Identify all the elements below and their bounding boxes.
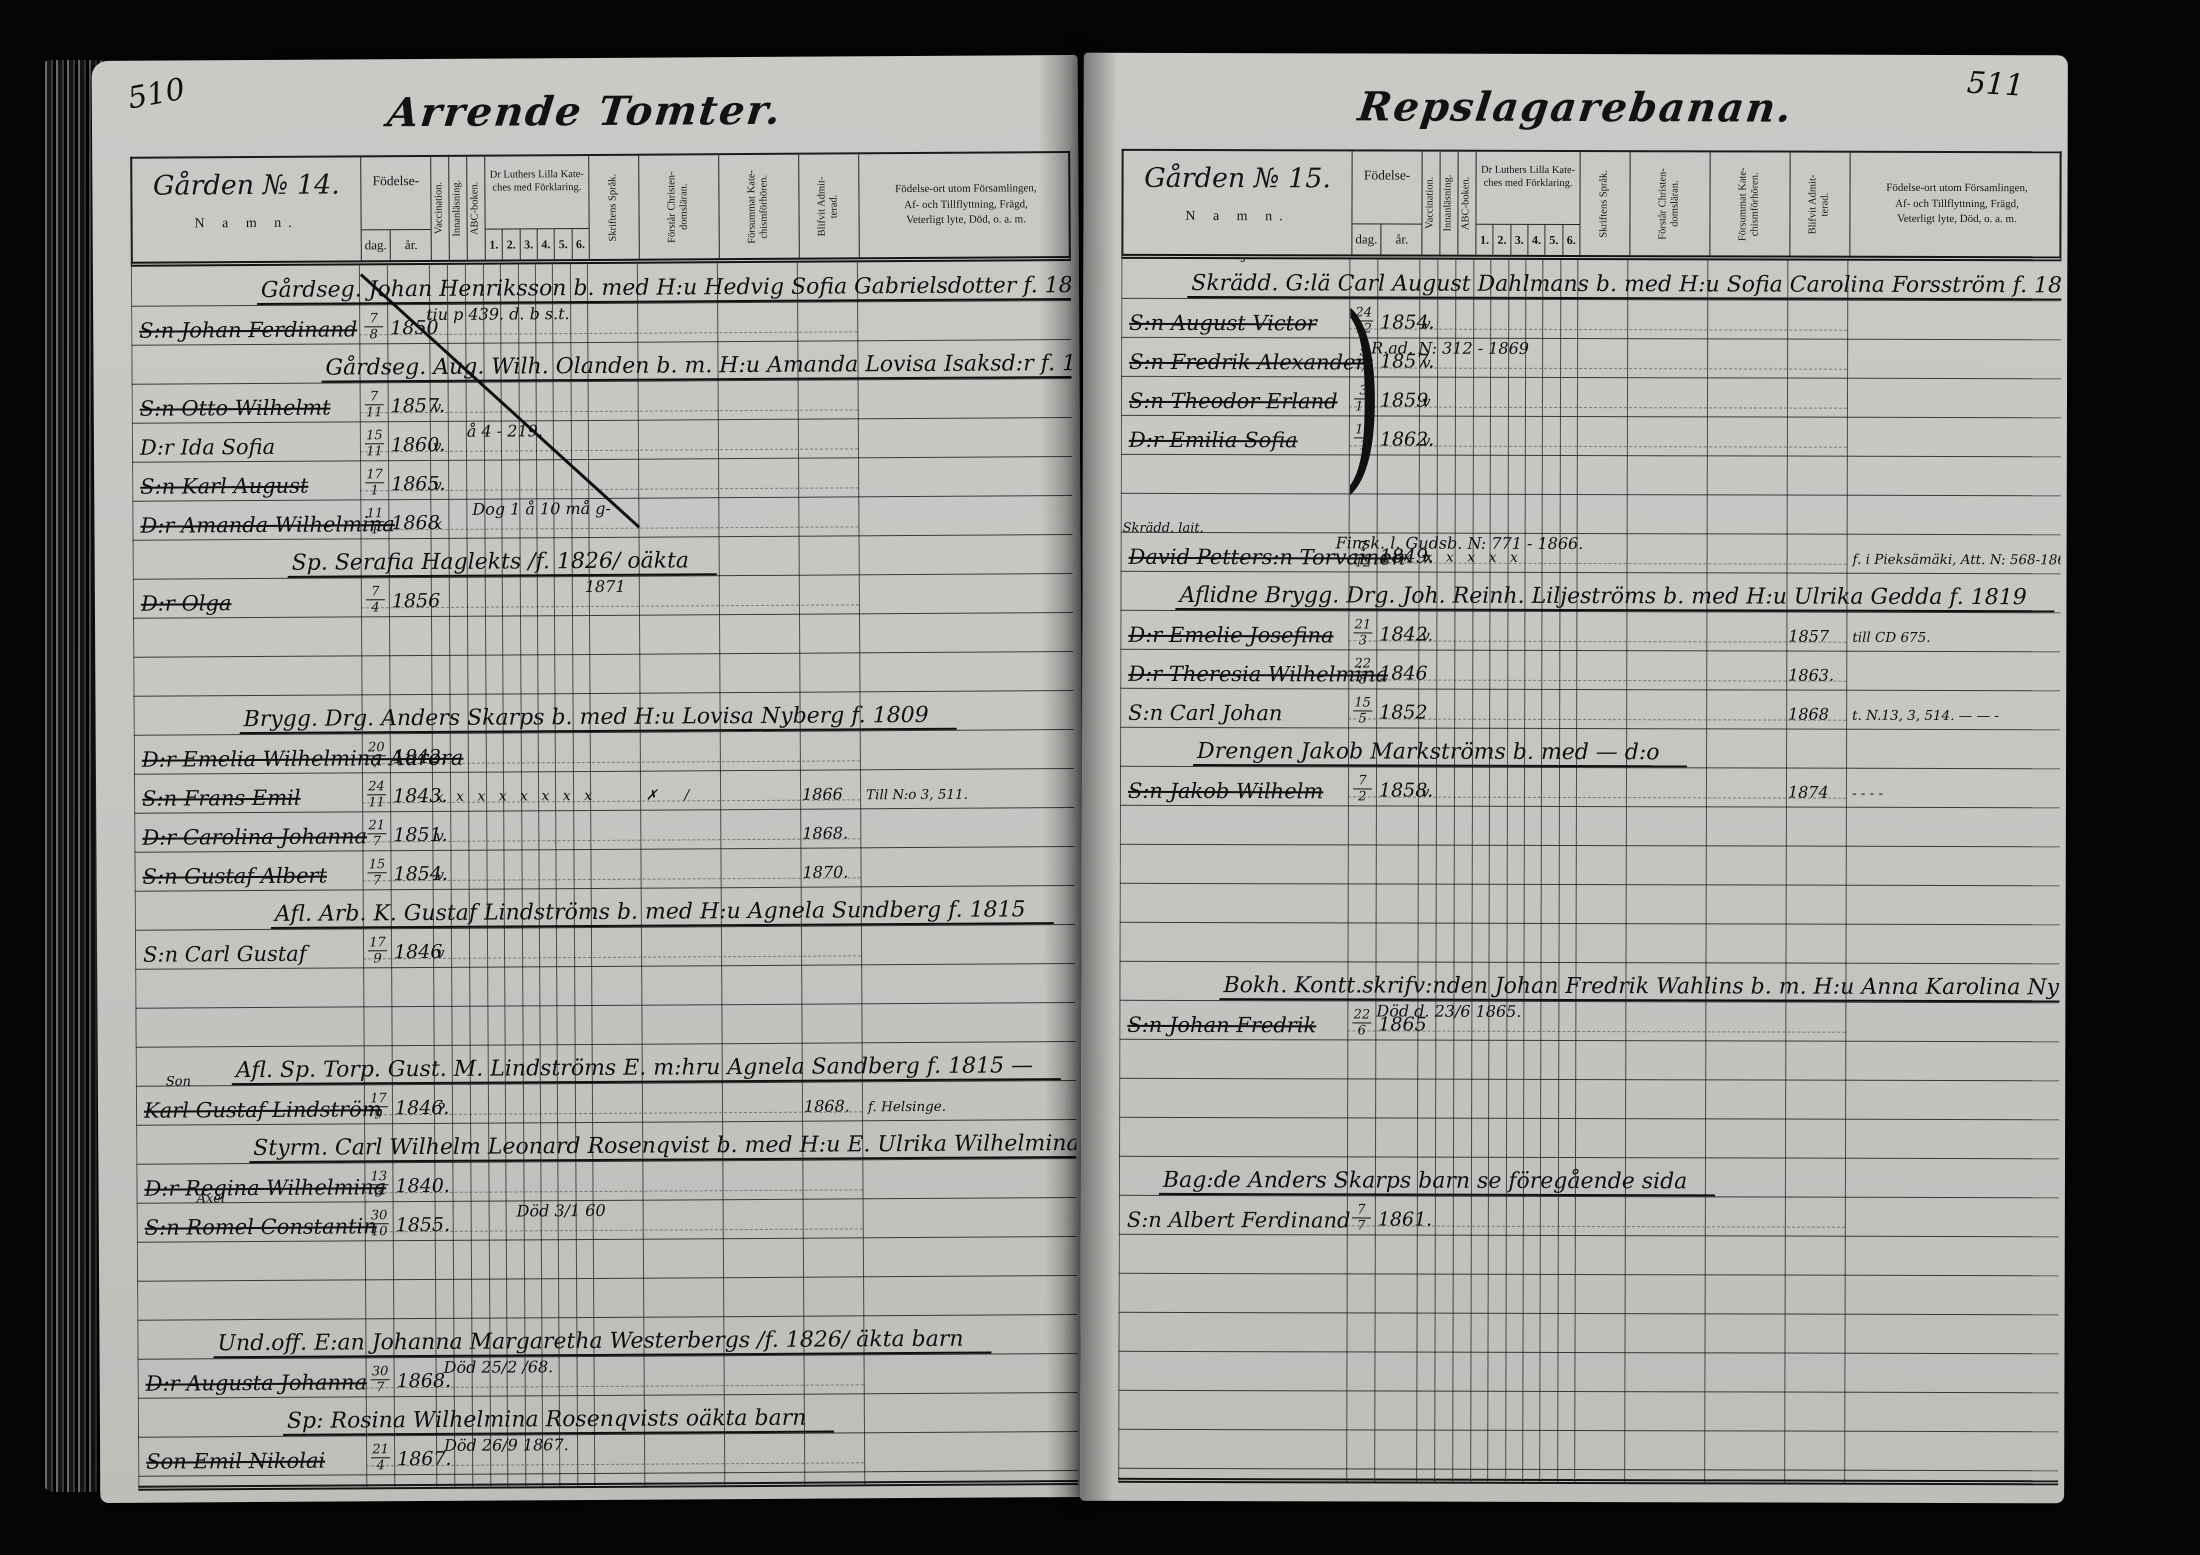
birth-day-denominator: 7: [1348, 1218, 1375, 1232]
entry-name: S:n Fredrik Alexander: [1129, 352, 1365, 374]
entry-name: D:r Regina Wilhelmina: [144, 1177, 386, 1199]
birth-day-denominator: 7: [367, 1380, 394, 1394]
column-fodelse: Födelse- dag. år.: [360, 157, 431, 260]
family-heading-text: Drengen Jakob Markströms b. med — d:o: [1193, 740, 1688, 767]
table-body-left: Gårdseg. Johan Henriksson b. med H:u Hed…: [131, 261, 1078, 1489]
entry-birth-day: 226: [1348, 1008, 1375, 1037]
admitted-year: 1857: [1788, 627, 1829, 646]
namn-label: N a m n.: [1123, 209, 1351, 226]
entry-birth-day: 171: [361, 468, 388, 497]
entry-name: S:n August Victor: [1129, 313, 1317, 334]
entry-birth-day: 133: [365, 1170, 392, 1199]
birth-day-denominator: 11: [363, 795, 390, 809]
birth-day-denominator: 7: [363, 756, 390, 770]
estate-title: Gården № 14.: [132, 169, 360, 201]
entry-birth-day: 72: [1349, 774, 1376, 803]
birth-day-denominator: 11: [361, 444, 388, 458]
birth-day-denominator: 5: [1349, 711, 1376, 725]
entry-name: S:n Carl Johan: [1128, 703, 1282, 724]
birth-day-numerator: 21: [367, 819, 386, 834]
blank-ruled-row: [1119, 1117, 2059, 1159]
entry-annotation: R.ad. N: 312 - 1869: [1371, 338, 1529, 357]
entry-birth-year: 1856: [392, 590, 440, 612]
ledger-page-left: 510 Arrende Tomter. Gården № 14. N a m n…: [92, 55, 1087, 1503]
entry-annotation: Dog 1 å 10 må g-: [472, 499, 611, 519]
entry-name: D:r Amanda Wilhelmina: [140, 514, 395, 537]
admitted-year: 1868: [1788, 705, 1829, 724]
person-entry-row: S:n Johan Fredrik2261865Död d. 23/6 1865…: [1119, 1000, 2059, 1042]
migration-note: Till N:o 3, 511.: [866, 787, 968, 804]
entry-birth-day: 74: [362, 585, 389, 614]
birth-day-denominator: 4: [367, 1458, 394, 1472]
entry-name: S:n Albert Ferdinand: [1127, 1210, 1351, 1232]
person-entry-row: D:r Theresia Wilhelmina22818461863.: [1120, 649, 2060, 691]
ledger-book-spread: 510 Arrende Tomter. Gården № 14. N a m n…: [0, 0, 2200, 1555]
column-namn: Gården № 14. N a m n.: [132, 157, 361, 261]
blank-ruled-row: [1121, 454, 2061, 496]
person-entry-row: S:n Fredrik Alexander571857.v.R.ad. N: 3…: [1121, 337, 2061, 379]
entry-annotation: Död d. 23/6 1865.: [1376, 1001, 1521, 1020]
entry-name: D:r Ida Sofia: [140, 437, 275, 459]
page-title-right: Repslagarebanan.: [1081, 83, 2068, 133]
migration-note: till CD 675.: [1852, 630, 1930, 646]
column-vaccination: Vaccination.: [430, 157, 449, 260]
marginal-note: Skrädd. lait.: [1123, 521, 1204, 536]
family-heading-text: Bag:de Anders Skarps barn se föregående …: [1159, 1169, 1715, 1197]
family-heading-text: Sp. Serafia Haglekts /f. 1826/ oäkta: [288, 549, 717, 578]
birth-day-numerator: 13: [369, 1170, 388, 1185]
entry-name: D:r Olga: [141, 593, 232, 615]
family-heading-row: Aflidne Brygg. Drg. Joh. Reinh. Liljestr…: [1120, 571, 2060, 613]
blank-ruled-row: [1120, 883, 2060, 925]
entry-name: D:r Emelie Josefina: [1128, 625, 1333, 647]
entry-annotation: 1871: [585, 577, 626, 596]
column-fodelse: Födelse- dag. år.: [1351, 151, 1421, 254]
birth-day-numerator: 7: [366, 585, 385, 600]
birth-day-denominator: 9: [365, 1107, 392, 1121]
entry-birth-day: 217: [363, 819, 390, 848]
admitted-year: 1870.: [803, 862, 849, 881]
entry-birth-day: 213: [1349, 618, 1376, 647]
page-title-left: Arrende Tomter.: [92, 85, 1081, 138]
birth-day-denominator: 8: [1349, 672, 1376, 686]
table-header-right: Gården № 15. N a m n. Födelse- dag. år. …: [1121, 149, 2061, 261]
entry-birth-day: 155: [1349, 696, 1376, 725]
ledger-page-right: 511 Repslagarebanan. Gården № 15. N a m …: [1080, 53, 2068, 1504]
person-entry-row: S:n Carl Johan15518521868t. N.13, 3, 514…: [1120, 688, 2060, 730]
birth-day-denominator: 2: [1349, 789, 1376, 803]
birth-day-numerator: 20: [367, 741, 386, 756]
column-dag: dag.: [1352, 224, 1380, 254]
column-fodelseort-notes: Födelse-ort utom Församlingen, Af- och T…: [858, 153, 1073, 257]
entry-birth-day: 228: [1349, 657, 1376, 686]
entry-name: S:n Frans Emil: [142, 788, 301, 810]
entry-birth-day: 214: [367, 1443, 394, 1472]
vaccination-mark: v: [436, 944, 445, 962]
entry-birth-day: 179: [364, 936, 391, 965]
birth-day-numerator: 21: [1353, 618, 1372, 633]
admitted-year: 1874: [1788, 783, 1829, 802]
blank-ruled-row: [1119, 1234, 2059, 1276]
entry-annotation: Finsk. l. Gudsb. N: 771 - 1866.: [1336, 533, 1584, 553]
estate-title: Gården № 15.: [1124, 163, 1352, 195]
column-dag: dag.: [362, 230, 390, 260]
column-innanlasning: Innanläsning.: [448, 157, 467, 260]
namn-label: N a m n.: [133, 215, 361, 232]
family-heading-text: Bokh. Kontt.skrifv:nden Johan Fredrik Wa…: [1219, 974, 2061, 1003]
blank-ruled-row: [1118, 1351, 2058, 1393]
vaccination-mark: v.: [436, 866, 448, 884]
blank-ruled-row: [1119, 1078, 2059, 1120]
entry-name: S:n Theodor Erland: [1129, 391, 1338, 413]
grid-vline: [1071, 261, 1078, 1483]
entry-birth-day: 1511: [361, 429, 388, 458]
family-heading-text: Aflidne Brygg. Drg. Joh. Reinh. Liljestr…: [1175, 584, 2054, 612]
entry-birth-day: 711: [361, 390, 388, 419]
person-entry-row: S:n Albert Ferdinand771861.: [1119, 1195, 2059, 1237]
column-vaccination: Vaccination.: [1421, 152, 1439, 255]
entry-birth-year: 1846: [1379, 662, 1427, 684]
vaccination-mark: ?: [437, 1100, 445, 1118]
birth-day-denominator: 4: [362, 600, 389, 614]
vaccination-mark: v: [1421, 783, 1430, 801]
marginal-note: sjuk: [1236, 259, 1263, 263]
birth-day-denominator: 1: [361, 483, 388, 497]
column-abc-boken: ABC-boken.: [466, 157, 485, 260]
birth-day-numerator: 7: [365, 390, 384, 405]
entry-name: S:n Karl August: [140, 476, 308, 498]
column-forstar-christendomslaran: Förstår Christen- domsläran.: [638, 155, 719, 258]
entry-birth-year: 1840.: [395, 1175, 450, 1197]
table-header-left: Gården № 14. N a m n. Födelse- dag. år. …: [130, 151, 1071, 267]
ink-grouping-brace: [1343, 291, 1384, 496]
entry-name: S:n Jakob Wilhelm: [1128, 781, 1323, 803]
family-heading-row: Drengen Jakob Markströms b. med — d:o: [1120, 727, 2060, 769]
column-kateches: Dr Luthers Lilla Kate- ches med Förklari…: [1475, 152, 1579, 255]
entry-birth-year: 1861.: [1378, 1208, 1432, 1230]
birth-day-numerator: 21: [371, 1443, 390, 1458]
entry-birth-day: 307: [367, 1365, 394, 1394]
migration-note: f. Helsinge.: [868, 1099, 946, 1115]
birth-day-denominator: 3: [1349, 633, 1376, 647]
family-heading-row: Bag:de Anders Skarps barn se föregående …: [1119, 1156, 2059, 1198]
blank-ruled-row: [1119, 1273, 2059, 1315]
birth-day-numerator: 7: [1352, 1203, 1371, 1218]
blank-ruled-row: [1118, 1468, 2058, 1483]
person-entry-row: D:r Emilia Sofia1111862.v.: [1121, 415, 2061, 457]
entry-birth-day: 3010: [366, 1209, 393, 1238]
person-entry-row: S:n August Victor24121854.v.: [1121, 298, 2061, 340]
entry-annotation: tiu p 439. d. b s.t.: [426, 304, 570, 324]
birth-day-denominator: 9: [364, 951, 391, 965]
vaccination-mark: v: [433, 398, 442, 416]
column-ar: år.: [1380, 224, 1422, 254]
birth-day-numerator: 15: [367, 858, 386, 873]
birth-day-numerator: 15: [1353, 696, 1372, 711]
kateches-marks: x x x x x x x ✗ /: [456, 787, 689, 804]
column-blifvit-admitterad: Blifvit Admit- terad.: [1789, 153, 1849, 256]
column-blifvit-admitterad: Blifvit Admit- terad.: [798, 154, 859, 257]
entry-birth-day: 207: [363, 741, 390, 770]
entry-name: S:n Otto Wilhelmt: [140, 398, 331, 420]
entry-name: S:n Johan Fredrik: [1127, 1015, 1316, 1036]
vaccination-mark: v.: [435, 827, 447, 845]
admitted-year: 1866: [802, 784, 843, 803]
blank-ruled-row: [1118, 1429, 2058, 1471]
migration-note: f. i Pieksämäki, Att. N: 568-1863 fr P:m…: [1853, 552, 2062, 569]
admitted-year: 1863.: [1788, 666, 1834, 685]
vaccination-mark: v.: [1421, 627, 1433, 645]
birth-day-denominator: 1: [361, 522, 388, 536]
entry-birth-year: 1842.: [393, 746, 448, 768]
blank-ruled-row: [1121, 493, 2061, 535]
blank-ruled-row: [1119, 1039, 2059, 1081]
entry-annotation: Död 3/1 60: [517, 1201, 606, 1221]
migration-note: - - - -: [1852, 786, 1883, 802]
birth-day-numerator: 24: [367, 780, 386, 795]
entry-birth-year: 1855.: [396, 1214, 451, 1236]
column-skriftens-sprak: Skriftens Språk.: [588, 156, 639, 259]
column-innanlasning: Innanläsning.: [1439, 152, 1457, 255]
entry-birth-day: 157: [363, 858, 390, 887]
blank-ruled-row: [1118, 1312, 2058, 1354]
entry-name: S:n Gustaf Albert: [143, 866, 328, 888]
birth-day-numerator: 22: [1352, 1008, 1371, 1023]
entry-name: Karl Gustaf Lindström: [144, 1099, 382, 1121]
birth-day-denominator: 11: [361, 405, 388, 419]
migration-note: t. N.13, 3, 514. — — -: [1852, 708, 1999, 724]
ledger-table-left: Gården № 14. N a m n. Födelse- dag. år. …: [130, 151, 1078, 1497]
person-entry-row: D:r Emelie Josefina2131842v.1857till CD …: [1120, 610, 2060, 652]
person-entry-row: Skrädd. lait.David Petters:n Torvainen71…: [1121, 532, 2061, 574]
entry-annotation: Död 25/2 /68.: [444, 1357, 554, 1377]
blank-ruled-row: [1118, 1390, 2058, 1432]
vaccination-mark: v.: [1422, 315, 1434, 333]
entry-birth-day: 179: [365, 1092, 392, 1121]
marginal-note: Axel: [197, 1191, 226, 1206]
person-entry-row: S:n Theodor Erland3111859v: [1121, 376, 2061, 418]
birth-day-denominator: 7: [364, 873, 391, 887]
birth-day-numerator: 11: [365, 507, 384, 522]
vaccination-mark: v: [433, 476, 442, 494]
birth-day-denominator: 6: [1348, 1023, 1375, 1037]
column-ar: år.: [390, 230, 432, 260]
birth-day-numerator: 7: [364, 312, 383, 327]
entry-name: Son Emil Nikolai: [146, 1451, 325, 1473]
family-heading-text: Sp: Rosina Wilhelmina Rosenqvists oäkta …: [283, 1406, 835, 1435]
vaccination-mark: x: [433, 515, 442, 533]
entry-birth-day: 2411: [363, 780, 390, 809]
entry-birth-day: 77: [1348, 1203, 1375, 1232]
vaccination-mark: v.: [1422, 432, 1434, 450]
column-skriftens-sprak: Skriftens Språk.: [1579, 152, 1629, 255]
entry-birth-day: 78: [360, 312, 387, 341]
birth-day-numerator: 17: [368, 936, 387, 951]
admitted-year: 1868.: [804, 1096, 850, 1115]
blank-ruled-row: [1120, 805, 2060, 847]
entry-name: S:n Carl Gustaf: [143, 944, 307, 966]
entry-birth-year: 1852: [1379, 701, 1427, 723]
person-entry-row: S:n Jakob Wilhelm721858.v1874- - - -: [1120, 766, 2060, 808]
birth-day-numerator: 15: [365, 429, 384, 444]
entry-name: S:n Romel Constantin: [145, 1216, 377, 1238]
family-heading-row: Bokh. Kontt.skrifv:nden Johan Fredrik Wa…: [1119, 961, 2059, 1003]
column-kateches: Dr Luthers Lilla Kate- ches med Förklari…: [484, 156, 589, 260]
column-forsummat-katechismforhoren: Försummat Kate- chismförhören.: [718, 155, 799, 258]
column-abc-boken: ABC-boken.: [1457, 152, 1475, 255]
entry-birth-day: 111: [361, 507, 388, 536]
vaccination-mark: v: [433, 437, 442, 455]
blank-ruled-row: [1120, 922, 2060, 964]
entry-annotation: Död 26/9 1867.: [444, 1435, 569, 1455]
entry-name: D:r Augusta Johanna: [146, 1372, 367, 1394]
marginal-note: Son: [166, 1074, 191, 1089]
birth-day-numerator: 30: [371, 1365, 390, 1380]
birth-day-numerator: 30: [370, 1209, 389, 1224]
entry-name: S:n Johan Ferdinand: [139, 319, 357, 341]
admitted-year: 1868.: [802, 823, 848, 842]
birth-day-numerator: 7: [1353, 774, 1372, 789]
table-body-right: sjukSkrädd. G:lä Carl August Dahlmans b.…: [1118, 259, 2061, 1483]
birth-day-denominator: 10: [366, 1224, 393, 1238]
birth-day-denominator: 8: [360, 327, 387, 341]
entry-name: D:r Emilia Sofia: [1129, 430, 1298, 451]
birth-day-numerator: 17: [365, 468, 384, 483]
blank-ruled-row: [1120, 844, 2060, 886]
column-namn: Gården № 15. N a m n.: [1123, 151, 1351, 255]
ledger-table-right: Gården № 15. N a m n. Födelse- dag. år. …: [1118, 149, 2062, 1491]
birth-day-denominator: 3: [365, 1185, 392, 1199]
family-heading-text: Skrädd. G:lä Carl August Dahlmans b. med…: [1187, 272, 2061, 301]
column-fodelseort-notes: Födelse-ort utom Församlingen, Af- och T…: [1849, 153, 2063, 257]
birth-day-numerator: 17: [369, 1092, 388, 1107]
vaccination-mark: x: [435, 788, 444, 806]
entry-name: D:r Carolina Johanna: [142, 826, 367, 848]
column-forsummat-katechismforhoren: Försummat Kate- chismförhören.: [1709, 152, 1789, 255]
column-forstar-christendomslaran: Förstår Christen- domsläran.: [1629, 152, 1709, 255]
family-heading-row: sjukSkrädd. G:lä Carl August Dahlmans b.…: [1121, 259, 2061, 301]
vaccination-mark: v: [1422, 393, 1431, 411]
birth-day-denominator: 7: [363, 834, 390, 848]
birth-day-numerator: 22: [1353, 657, 1372, 672]
